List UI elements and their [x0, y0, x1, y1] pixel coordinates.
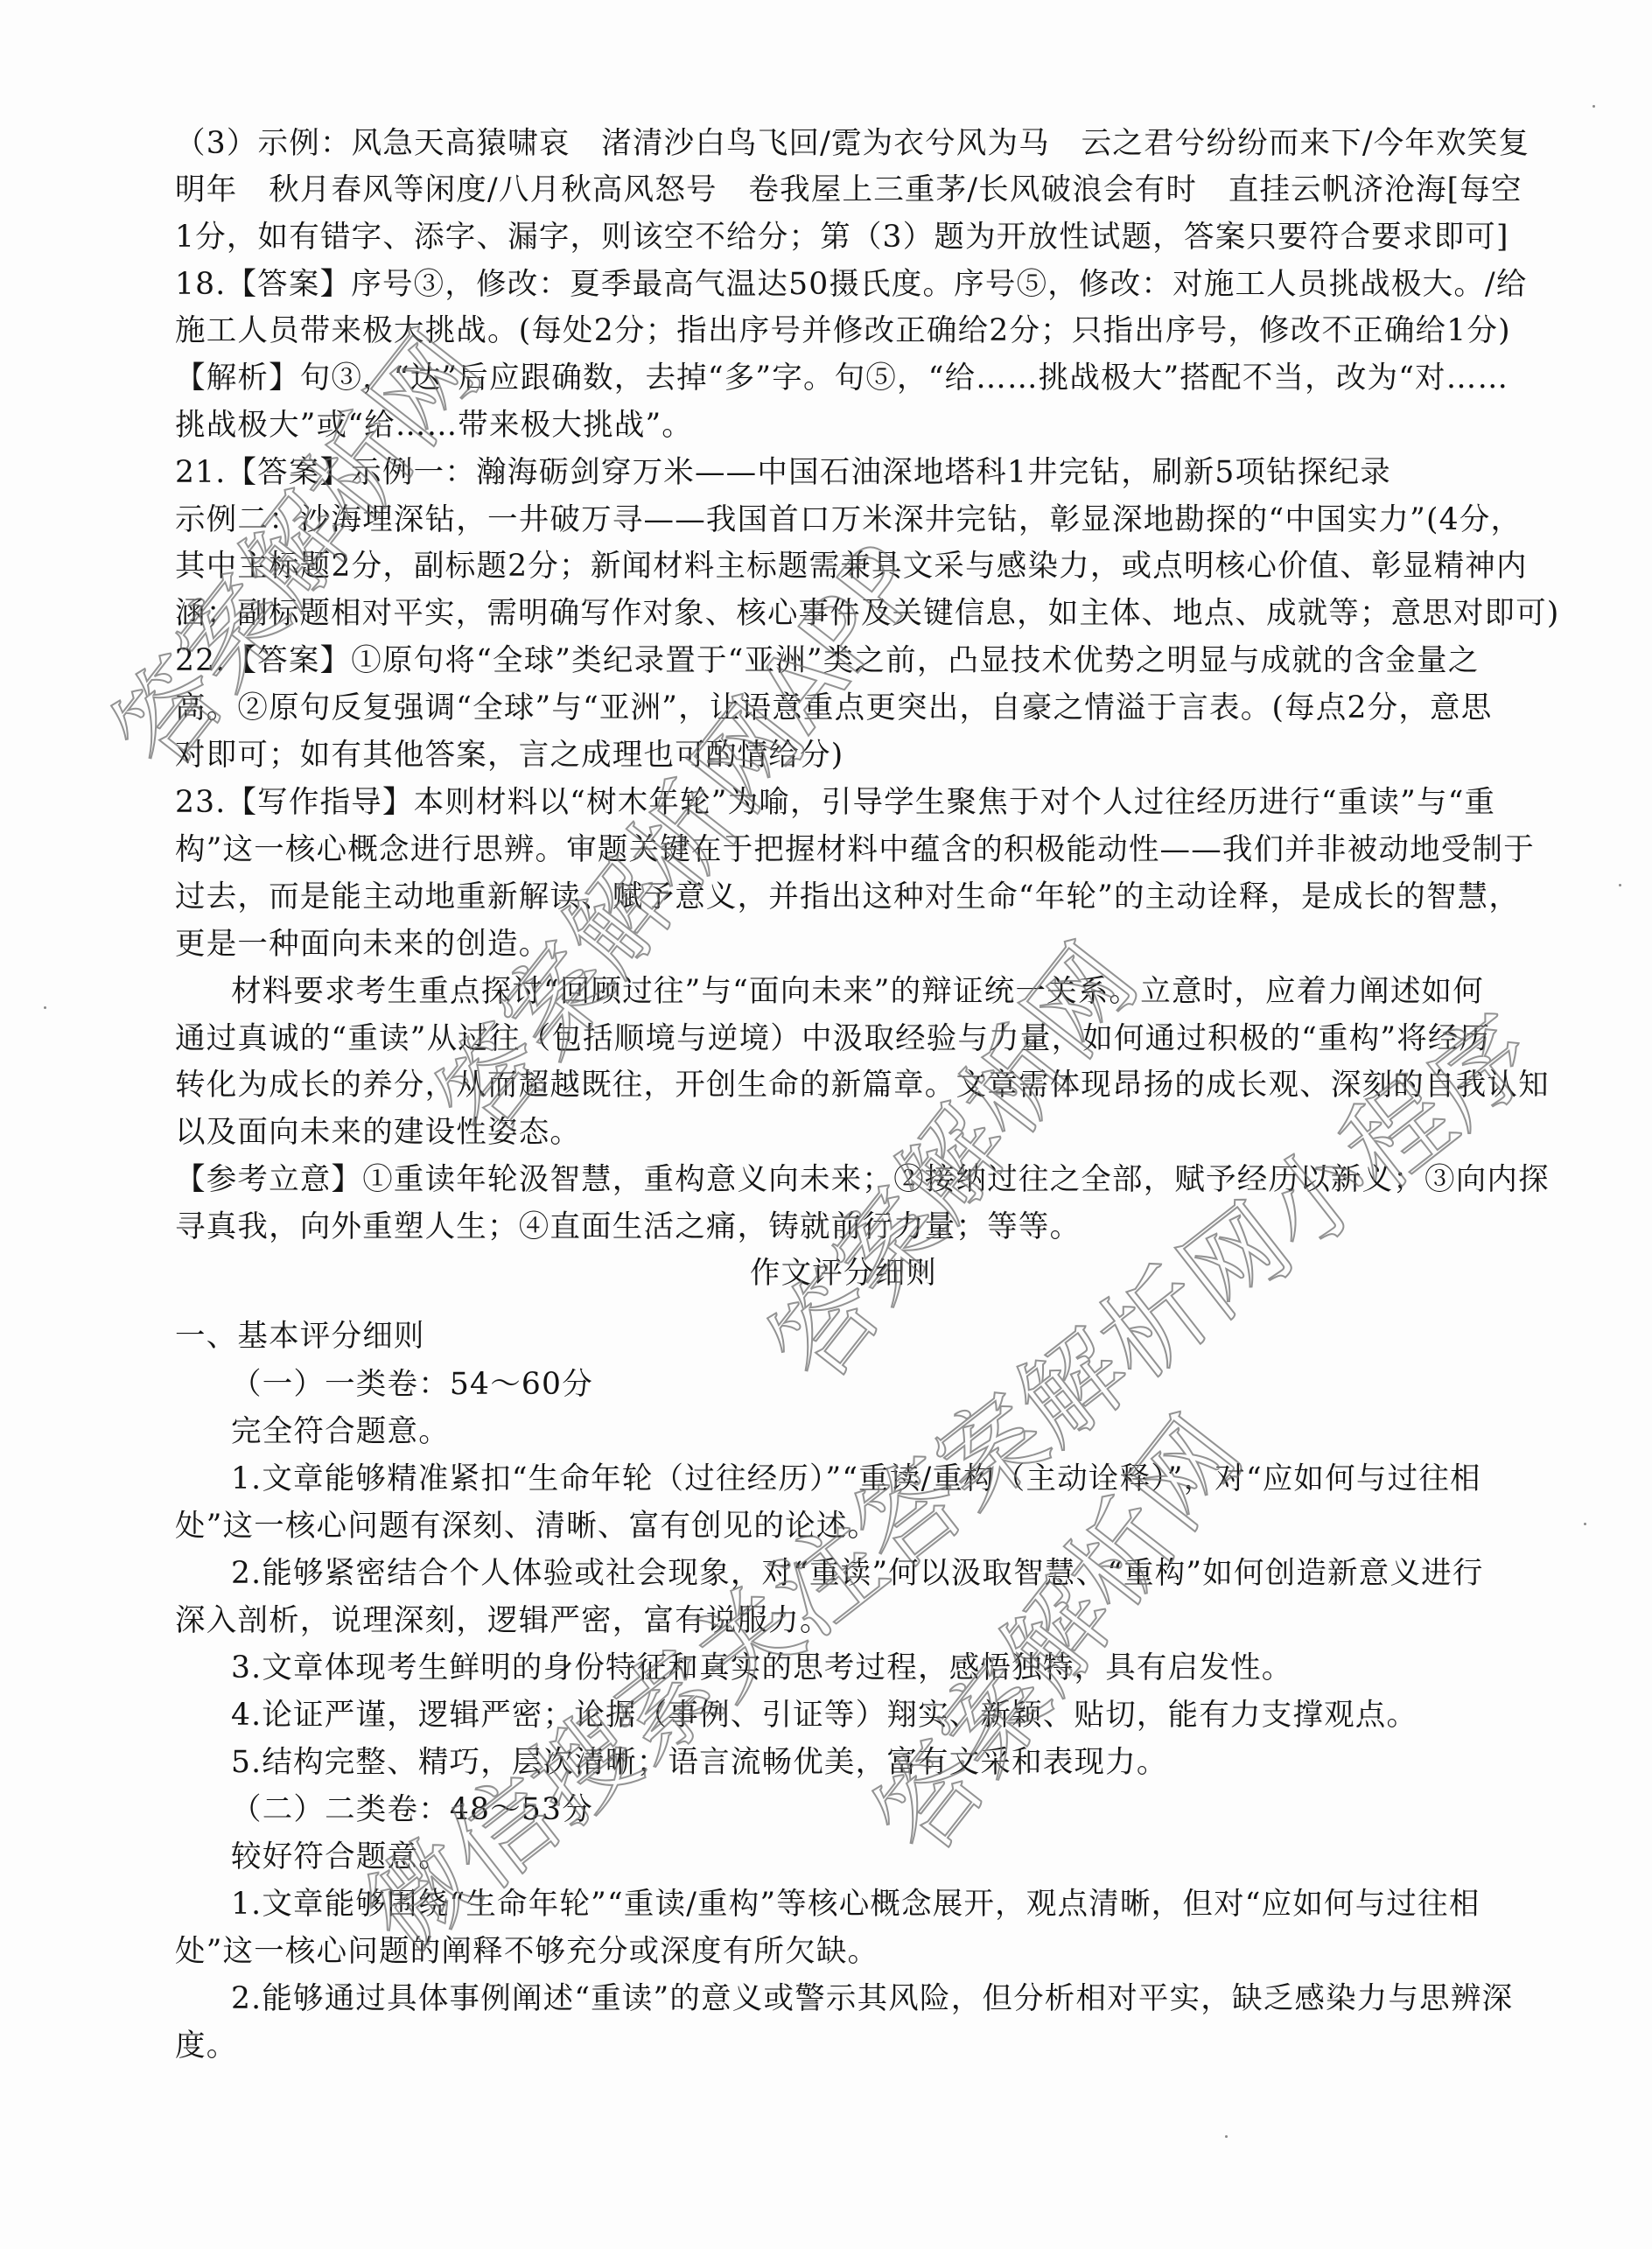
text-line: 材料要求考生重点探讨“回顾过往”与“面向未来”的辩证统一关系。立意时，应着力阐述… — [231, 972, 1484, 1011]
text-line: 对即可；如有其他答案，言之成理也可酌情给分) — [175, 736, 843, 774]
text-line: 21.【答案】示例一：瀚海砺剑穿万米——中国石油深地塔科1井完钻，刷新5项钻探纪… — [175, 453, 1391, 492]
text-line: 处”这一核心问题的阐释不够充分或深度有所欠缺。 — [175, 1932, 878, 1971]
text-line: 1.文章能够精准紧扣“生命年轮（过往经历）”“重读/重构（主动诠释）”，对“应如… — [231, 1460, 1481, 1498]
text-line: 过去，而是能主动地重新解读、赋予意义，并指出这种对生命“年轮”的主动诠释，是成长… — [175, 878, 1520, 916]
text-line: （一）一类卷：54～60分 — [231, 1365, 593, 1404]
scan-speck — [1584, 1523, 1586, 1525]
watermark-text: 答案解析网 — [834, 1381, 1269, 1880]
scan-speck — [1592, 105, 1595, 108]
text-line: 施工人员带来极大挑战。(每处2分；指出序号并修改正确给2分；只指出序号，修改不正… — [175, 312, 1511, 350]
scan-speck — [1225, 2135, 1228, 2138]
scanned-answer-page: （3）示例：风急天高猿啸哀 渚清沙白鸟飞回/霓为衣兮风为马 云之君兮纷纷而来下/… — [0, 0, 1652, 2249]
text-line: 23.【写作指导】本则材料以“树木年轮”为喻，引导学生聚焦于对个人过往经历进行“… — [175, 783, 1495, 822]
text-line: 完全符合题意。 — [231, 1412, 450, 1451]
text-line: 4.论证严谨，逻辑严密；论据（事例、引证等）翔实、新颖、贴切，能有力支撑观点。 — [231, 1696, 1417, 1734]
text-line: 18.【答案】序号③，修改：夏季最高气温达50摄氏度。序号⑤，修改：对施工人员挑… — [175, 265, 1528, 304]
text-line: 度。 — [175, 2027, 237, 2065]
rubric-title: 作文评分细则 — [0, 1254, 1652, 1293]
text-line: 通过真诚的“重读”从过往（包括顺境与逆境）中汲取经验与力量，如何通过积极的“重构… — [175, 1019, 1490, 1058]
scan-speck — [1619, 884, 1621, 886]
text-line: 【参考立意】①重读年轮汲智慧，重构意义向未来；②接纳过往之全部，赋予经历以新义；… — [175, 1160, 1550, 1199]
text-line: 3.文章体现考生鲜明的身份特征和真实的思考过程，感悟独特，具有启发性。 — [231, 1649, 1292, 1687]
text-line: 示例二：沙海埋深钻，一井破万寻——我国首口万米深井完钻，彰显深地勘探的“中国实力… — [175, 501, 1522, 539]
text-line: 1分，如有错字、添字、漏字，则该空不给分；第（3）题为开放性试题，答案只要符合要… — [175, 218, 1509, 256]
text-line: 22.【答案】①原句将“全球”类纪录置于“亚洲”类之前，凸显技术优势之明显与成就… — [175, 641, 1479, 680]
text-line: 【解析】句③，“达”后应跟确数，去掉“多”字。句⑤，“给……挑战极大”搭配不当，… — [175, 359, 1508, 397]
text-line: 寻真我，向外重塑人生；④直面生活之痛，铸就前行力量；等等。 — [175, 1208, 1081, 1246]
text-line: 挑战极大”或“给……带来极大挑战”。 — [175, 406, 693, 445]
text-line: 转化为成长的养分，从而超越既往，开创生命的新篇章。文章需体现昂扬的成长观、深刻的… — [175, 1066, 1550, 1104]
text-line: （3）示例：风急天高猿啸哀 渚清沙白鸟飞回/霓为衣兮风为马 云之君兮纷纷而来下/… — [175, 124, 1529, 163]
text-line: 深入剖析，说理深刻，逻辑严密，富有说服力。 — [175, 1601, 831, 1640]
text-line: 以及面向未来的建设性姿态。 — [175, 1113, 581, 1152]
scan-speck — [44, 1006, 46, 1009]
text-line: 涵；副标题相对平实，需明确写作对象、核心事件及关键信息，如主体、地点、成就等；意… — [175, 594, 1559, 633]
text-line: 较好符合题意。 — [231, 1838, 450, 1876]
text-line: 1.文章能够围绕“生命年轮”“重读/重构”等核心概念展开，观点清晰，但对“应如何… — [231, 1885, 1480, 1923]
text-line: 更是一种面向未来的创造。 — [175, 925, 549, 963]
text-line: 5.结构完整、精巧，层次清晰；语言流畅优美，富有文采和表现力。 — [231, 1743, 1168, 1782]
text-line: 其中主标题2分，副标题2分；新闻材料主标题需兼具文采与感染力，或点明核心价值、彰… — [175, 547, 1528, 585]
text-line: 2.能够紧密结合个人体验或社会现象，对“重读”何以汲取智慧、“重构”如何创造新意… — [231, 1554, 1484, 1593]
text-line: 2.能够通过具体事例阐述“重读”的意义或警示其风险，但分析相对平实，缺乏感染力与… — [231, 1979, 1513, 2018]
text-line: 构”这一核心概念进行思辨。审题关键在于把握材料中蕴含的积极能动性——我们并非被动… — [175, 830, 1535, 869]
text-line: 高。②原句反复强调“全球”与“亚洲”，让语意重点更突出，自豪之情溢于言表。(每点… — [175, 689, 1492, 727]
text-line: 一、基本评分细则 — [175, 1317, 425, 1356]
text-line: （二）二类卷：48～53分 — [231, 1790, 593, 1829]
text-line: 处”这一核心问题有深刻、清晰、富有创见的论述。 — [175, 1507, 878, 1545]
text-line: 明年 秋月春风等闲度/八月秋高风怒号 卷我屋上三重茅/长风破浪会有时 直挂云帆济… — [175, 171, 1522, 209]
